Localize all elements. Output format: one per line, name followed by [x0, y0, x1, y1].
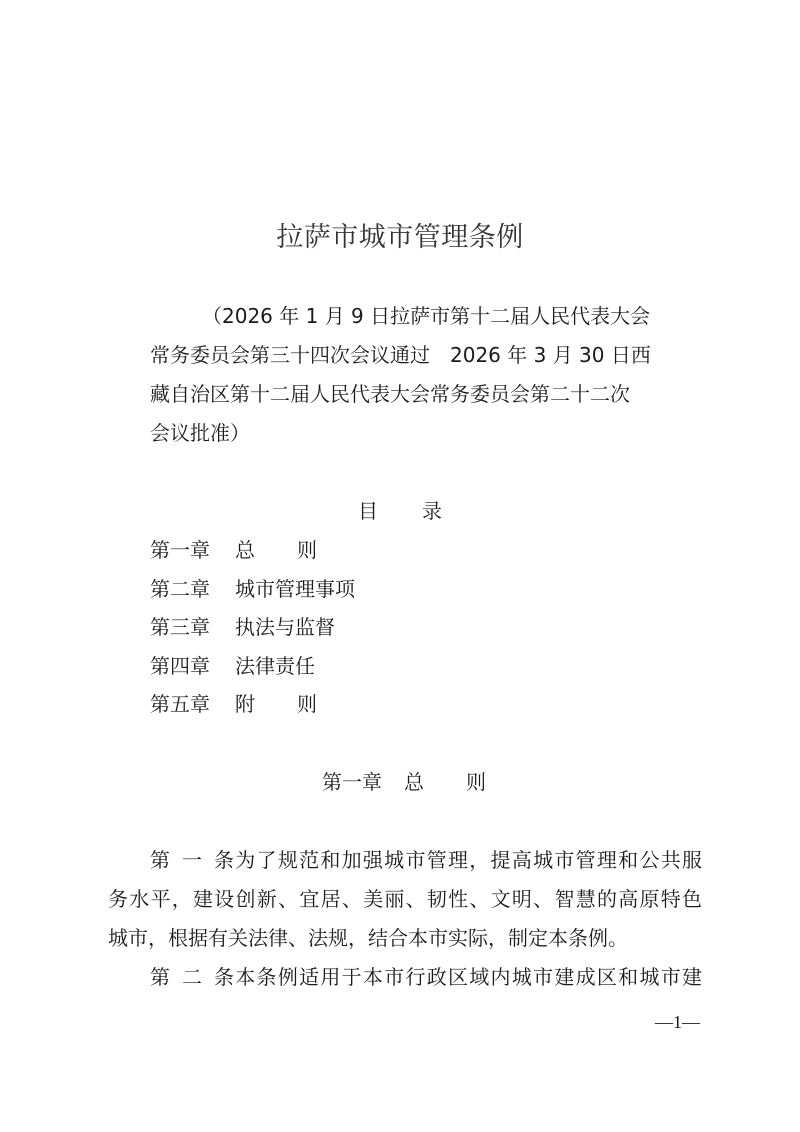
toc-chapter-number: 第四章	[150, 647, 235, 686]
page-number: —1—	[655, 1010, 700, 1034]
toc-chapter-number: 第五章	[150, 685, 235, 724]
article-2-first-line: 第二条本条例适用于本市行政区域内城市建成区和城市建	[108, 958, 702, 997]
toc-item-chapter-3[interactable]: 第三章执法与监督	[150, 608, 355, 647]
toc-chapter-name-part: 总	[235, 538, 255, 562]
adoption-note-line: （2026 年 1 月 9 日拉萨市第十二届人民代表大会	[150, 297, 662, 336]
toc-heading: 目录	[0, 494, 800, 528]
toc-chapter-number: 第一章	[150, 531, 235, 570]
chapter-number: 第一章	[322, 770, 382, 794]
toc-chapter-number: 第二章	[150, 570, 235, 609]
toc-item-chapter-5[interactable]: 第五章附则	[150, 685, 355, 724]
toc-chapter-name: 法律责任	[235, 654, 315, 678]
adoption-note: （2026 年 1 月 9 日拉萨市第十二届人民代表大会 常务委员会第三十四次会…	[150, 297, 662, 453]
document-title: 拉萨市城市管理条例	[0, 220, 800, 256]
chapter-name-right: 则	[466, 770, 486, 794]
toc-chapter-name-part: 则	[297, 538, 317, 562]
chapter-name-left: 总	[404, 770, 424, 794]
article-text: 为了规范和加强城市管理，提高城市管理和公共服	[234, 848, 702, 872]
toc-item-chapter-2[interactable]: 第二章城市管理事项	[150, 570, 355, 609]
article-number: 第一条	[150, 841, 234, 880]
toc-heading-left: 目	[358, 499, 378, 523]
toc-chapter-name: 城市管理事项	[235, 577, 355, 601]
article-body: 第一条为了规范和加强城市管理，提高城市管理和公共服 务水平，建设创新、宜居、美丽…	[108, 841, 702, 997]
article-1-line: 务水平，建设创新、宜居、美丽、韧性、文明、智慧的高原特色	[108, 880, 702, 919]
document-page: 拉萨市城市管理条例 （2026 年 1 月 9 日拉萨市第十二届人民代表大会 常…	[0, 0, 800, 1132]
toc-chapter-name: 执法与监督	[235, 615, 335, 639]
article-number: 第二条	[150, 958, 234, 997]
adoption-note-line: 常务委员会第三十四次会议通过 2026 年 3 月 30 日西	[150, 336, 662, 375]
chapter-heading: 第一章总则	[0, 765, 800, 799]
article-1-first-line: 第一条为了规范和加强城市管理，提高城市管理和公共服	[108, 841, 702, 880]
toc-chapter-name-part: 则	[297, 692, 317, 716]
toc-chapter-number: 第三章	[150, 608, 235, 647]
adoption-note-line: 藏自治区第十二届人民代表大会常务委员会第二十二次	[150, 375, 662, 414]
toc-chapter-name-part: 附	[235, 692, 255, 716]
adoption-note-line: 会议批准）	[150, 414, 662, 453]
article-1-line: 城市，根据有关法律、法规，结合本市实际，制定本条例。	[108, 919, 702, 958]
toc-item-chapter-4[interactable]: 第四章法律责任	[150, 647, 355, 686]
table-of-contents: 第一章总则 第二章城市管理事项 第三章执法与监督 第四章法律责任 第五章附则	[150, 531, 355, 724]
toc-item-chapter-1[interactable]: 第一章总则	[150, 531, 355, 570]
article-text: 本条例适用于本市行政区域内城市建成区和城市建	[234, 965, 702, 989]
toc-heading-right: 录	[422, 499, 442, 523]
